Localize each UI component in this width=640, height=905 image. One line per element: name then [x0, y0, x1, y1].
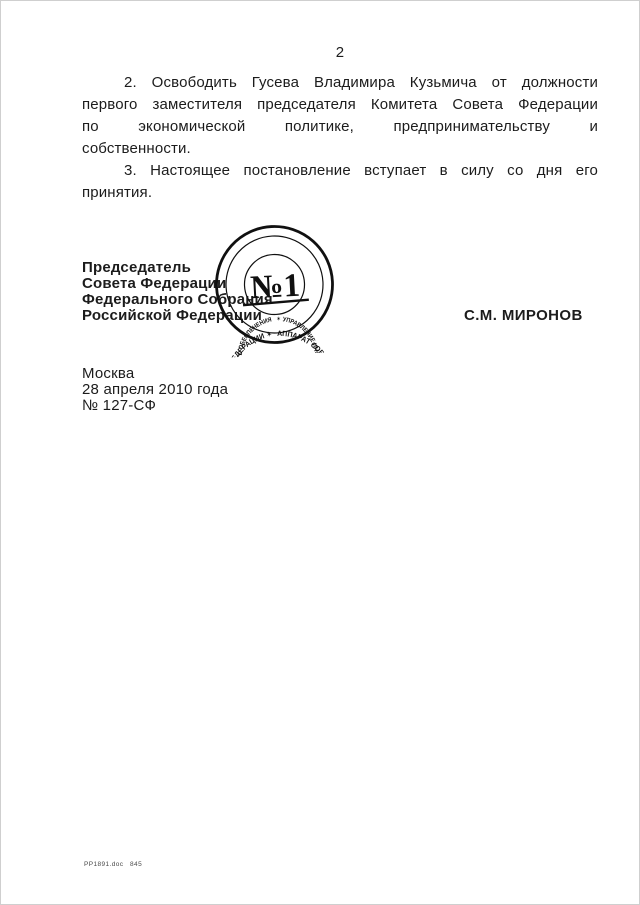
document-number: № 127-СФ	[82, 398, 228, 414]
issuance-city: Москва	[82, 366, 228, 382]
paragraph-3: 3. Настоящее постановление вступает в си…	[82, 160, 598, 204]
official-seal-stamp: АППАРАТ СОВЕТА ФЕДЕРАЦИИ ФЕДЕРАЛЬНОГО СО…	[200, 210, 348, 358]
document-page: 2 2. Освободить Гусева Владимира Кузьмич…	[0, 0, 640, 905]
file-reference: PP1891.doc 845	[84, 861, 142, 869]
paragraph-2-line: первого заместителя председателя Комитет…	[82, 94, 598, 116]
page-number: 2	[82, 45, 598, 61]
signatory-name: С.М. МИРОНОВ	[464, 308, 583, 324]
issuance-block: Москва 28 апреля 2010 года № 127-СФ	[82, 366, 228, 414]
paragraph-3-line: 3. Настоящее постановление вступает в си…	[82, 160, 598, 182]
seal-icon: АППАРАТ СОВЕТА ФЕДЕРАЦИИ ФЕДЕРАЛЬНОГО СО…	[200, 210, 348, 358]
paragraph-2-line: собственности.	[82, 138, 598, 160]
issuance-date: 28 апреля 2010 года	[82, 382, 228, 398]
paragraph-3-line: принятия.	[82, 182, 598, 204]
paragraph-2: 2. Освободить Гусева Владимира Кузьмича …	[82, 72, 598, 160]
paragraph-2-line: по экономической политике, предпринимате…	[82, 116, 598, 138]
paragraph-2-line: 2. Освободить Гусева Владимира Кузьмича …	[82, 72, 598, 94]
